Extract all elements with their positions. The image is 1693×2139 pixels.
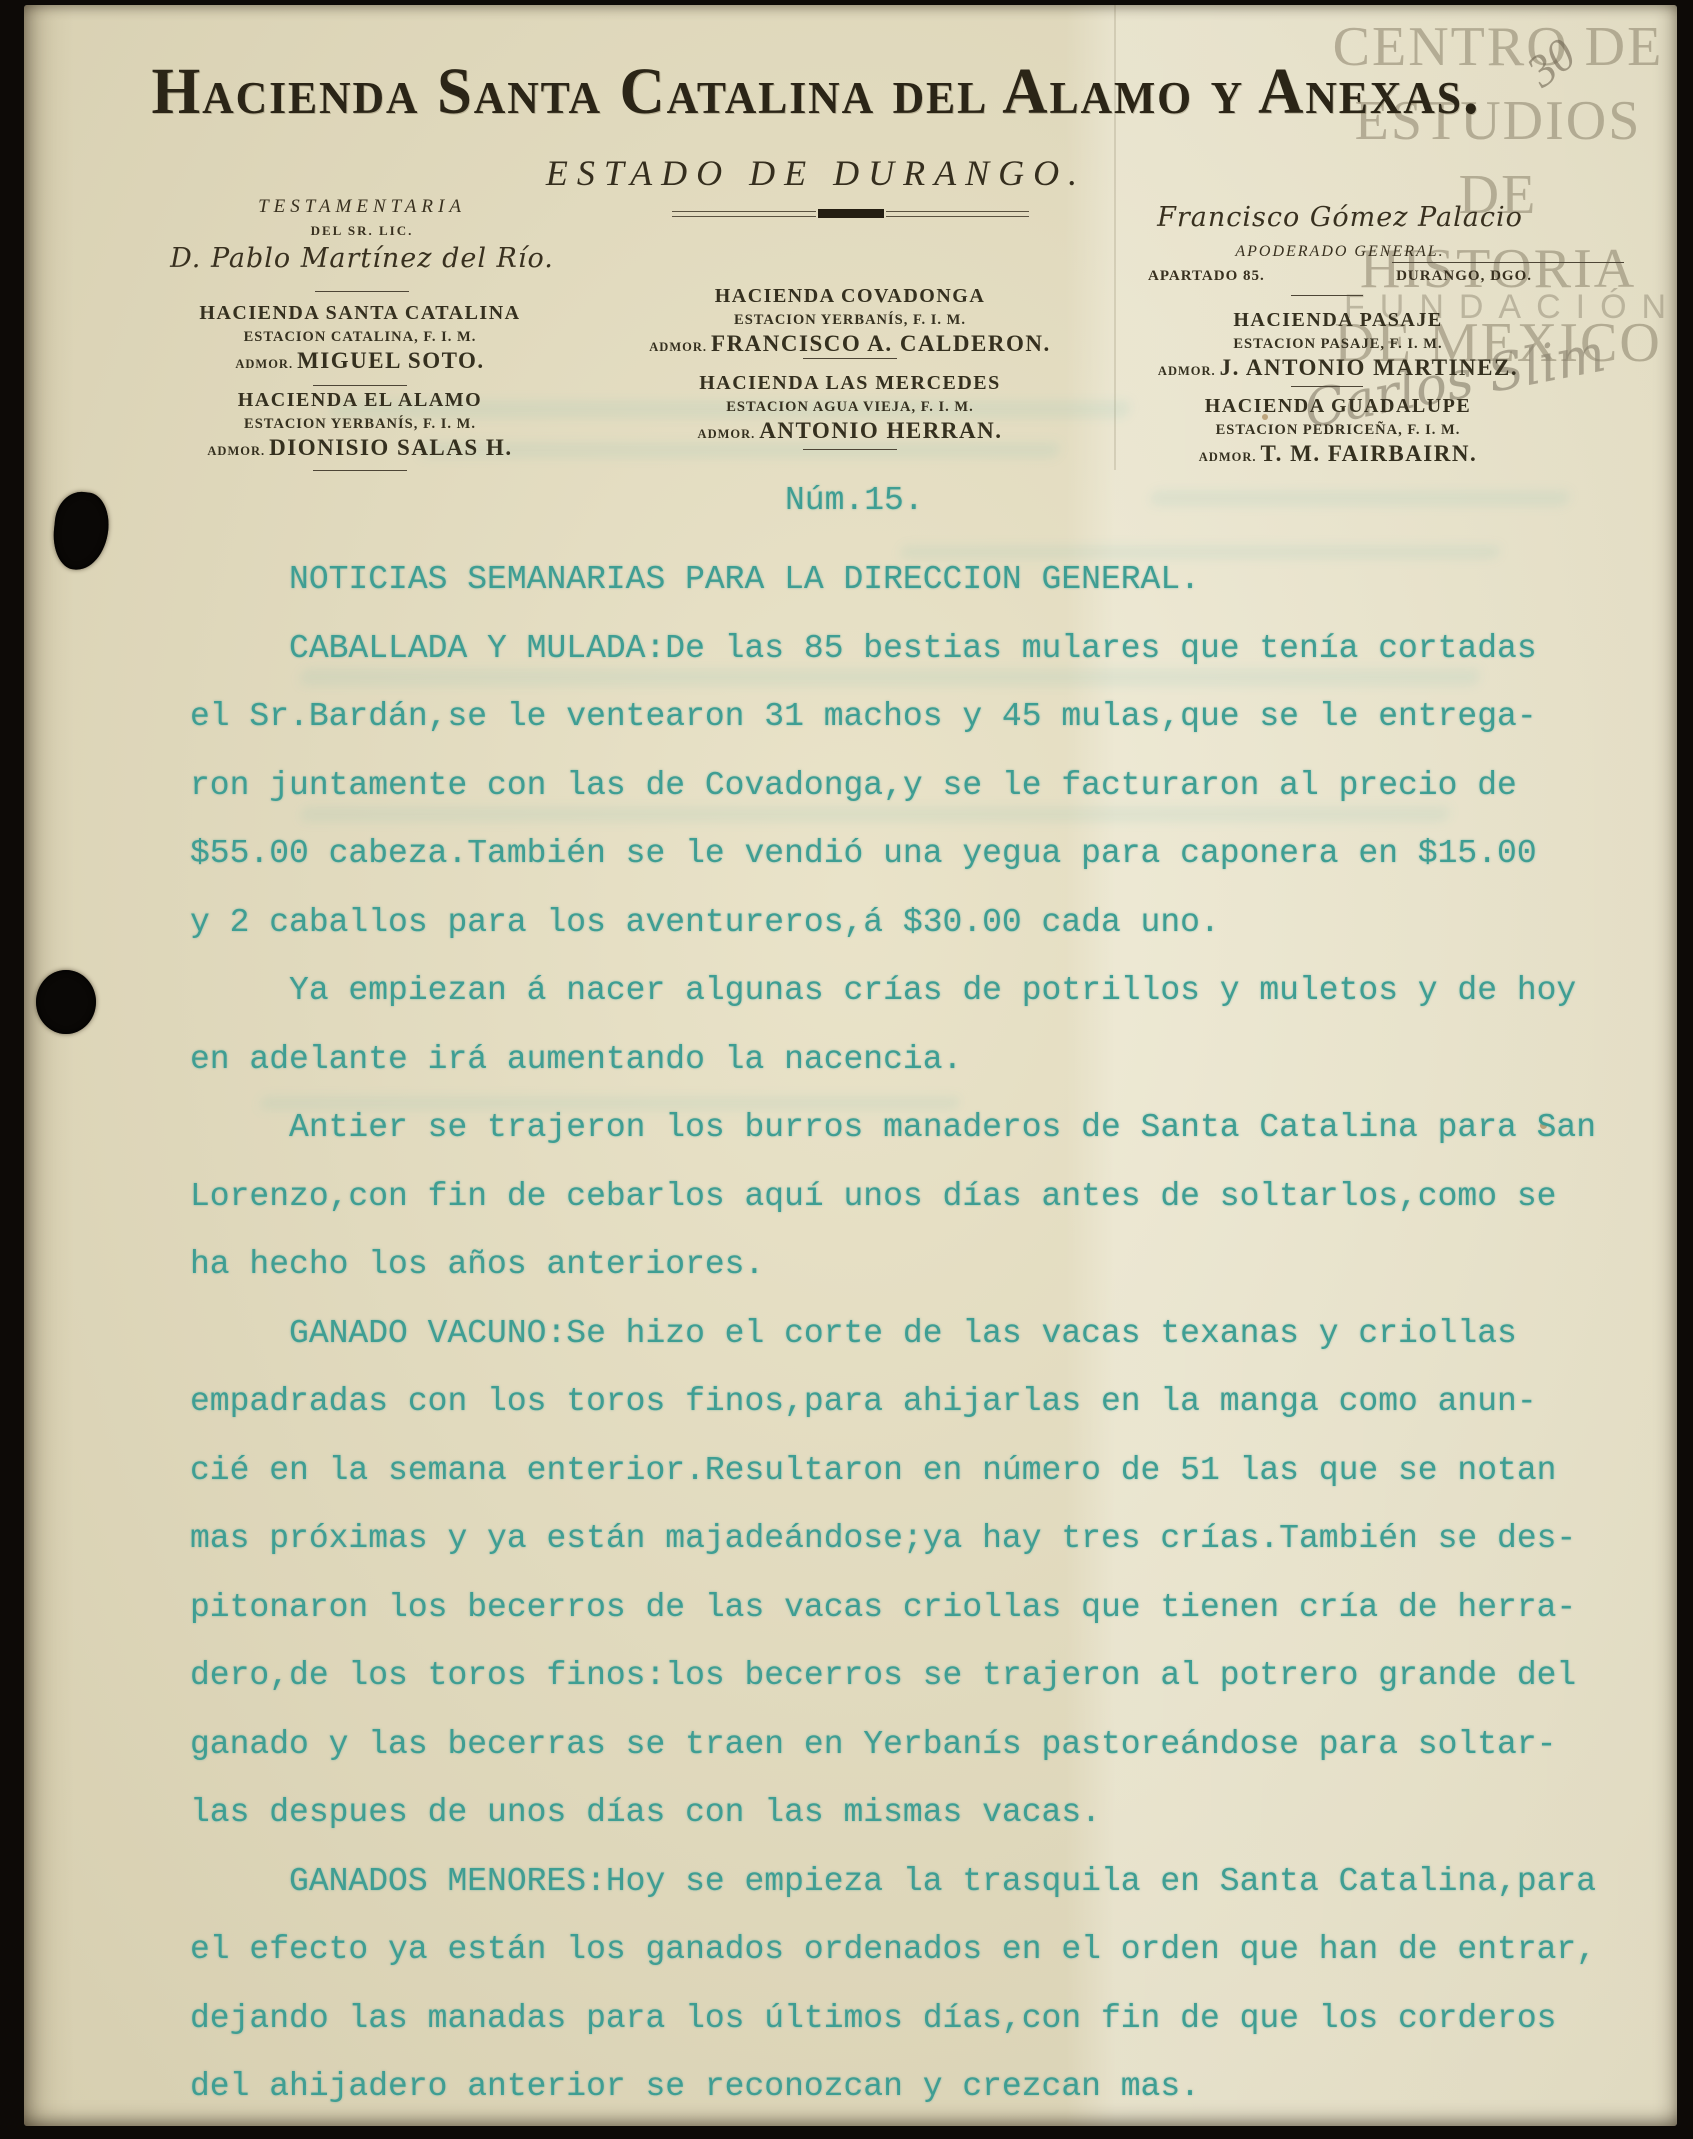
script-name-pablo-martinez: D. Pablo Martínez del Río. [152, 243, 572, 274]
admor-name: DIONISIO SALAS H. [269, 435, 512, 460]
hacienda-block-covadonga: HACIENDA COVADONGA ESTACION YERBANÍS, F.… [640, 285, 1060, 360]
hacienda-name: HACIENDA SANTA CATALINA [150, 302, 570, 324]
hacienda-station: ESTACION PEDRICEÑA, F. I. M. [1128, 422, 1548, 438]
admor-label: ADMOR. [1199, 450, 1257, 464]
ornament-wing [672, 211, 816, 217]
ornament-rule [672, 209, 1029, 218]
punch-hole [36, 970, 96, 1034]
agent-address-row: APARTADO 85. DURANGO, DGO. [1120, 268, 1560, 285]
hacienda-block-las-mercedes: HACIENDA LAS MERCEDES ESTACION AGUA VIEJ… [640, 372, 1060, 447]
letterhead-subtitle: ESTADO DE DURANGO. [66, 152, 1566, 194]
admor-label: ADMOR. [235, 357, 293, 371]
hacienda-admor-line: ADMOR. ANTONIO HERRAN. [640, 418, 1060, 447]
hacienda-station: ESTACION CATALINA, F. I. M. [150, 329, 570, 345]
admor-name: J. ANTONIO MARTINEZ. [1220, 355, 1518, 380]
admor-name: MIGUEL SOTO. [297, 348, 485, 373]
admor-label: ADMOR. [207, 444, 265, 458]
ghost-bleed [1149, 490, 1571, 506]
scanned-letter-page: CENTRO DE ESTUDIOS DE HISTORIA DE MEXICO… [0, 0, 1693, 2139]
hacienda-station: ESTACION PASAJE, F. I. M. [1128, 336, 1548, 352]
admor-name: ANTONIO HERRAN. [759, 418, 1002, 443]
hacienda-station: ESTACION YERBANÍS, F. I. M. [640, 312, 1060, 328]
admor-label: ADMOR. [1158, 364, 1216, 378]
divider [313, 385, 407, 386]
testamentaria-subheading: DEL SR. LIC. [152, 223, 572, 239]
hacienda-station: ESTACION AGUA VIEJA, F. I. M. [640, 399, 1060, 415]
letter-body: NOTICIAS SEMANARIAS PARA LA DIRECCION GE… [190, 546, 1596, 2122]
hacienda-block-el-alamo: HACIENDA EL ALAMO ESTACION YERBANÍS, F. … [150, 389, 570, 464]
agent-block: Francisco Gómez Palacio APODERADO GENERA… [1120, 198, 1560, 285]
divider [803, 358, 897, 359]
ornament-bar [818, 209, 884, 218]
agent-script-name: Francisco Gómez Palacio [1120, 202, 1560, 233]
hacienda-name: HACIENDA PASAJE [1128, 309, 1548, 331]
hacienda-admor-line: ADMOR. J. ANTONIO MARTINEZ. [1128, 355, 1548, 384]
hacienda-name: HACIENDA EL ALAMO [150, 389, 570, 411]
hacienda-admor-line: ADMOR. DIONISIO SALAS H. [150, 435, 570, 464]
agent-city: DURANGO, DGO. [1396, 268, 1532, 285]
hacienda-block-pasaje: HACIENDA PASAJE ESTACION PASAJE, F. I. M… [1128, 309, 1548, 384]
hacienda-name: HACIENDA GUADALUPE [1128, 395, 1548, 417]
divider [803, 449, 897, 450]
admor-label: ADMOR. [698, 427, 756, 441]
hacienda-name: HACIENDA COVADONGA [640, 285, 1060, 307]
hacienda-name: HACIENDA LAS MERCEDES [640, 372, 1060, 394]
hacienda-admor-line: ADMOR. MIGUEL SOTO. [150, 348, 570, 377]
divider [1291, 386, 1363, 387]
admor-name: T. M. FAIRBAIRN. [1261, 441, 1478, 466]
admor-label: ADMOR. [649, 340, 707, 354]
testamentaria-block: TESTAMENTARIA DEL SR. LIC. D. Pablo Mart… [152, 196, 572, 274]
divider [1291, 295, 1363, 296]
admor-name: FRANCISCO A. CALDERON. [711, 331, 1051, 356]
hacienda-station: ESTACION YERBANÍS, F. I. M. [150, 416, 570, 432]
hacienda-block-santa-catalina: HACIENDA SANTA CATALINA ESTACION CATALIN… [150, 302, 570, 377]
hacienda-admor-line: ADMOR. T. M. FAIRBAIRN. [1128, 441, 1548, 470]
agent-apartado: APARTADO 85. [1148, 268, 1265, 285]
divider [313, 470, 407, 471]
hacienda-block-guadalupe: HACIENDA GUADALUPE ESTACION PEDRICEÑA, F… [1128, 395, 1548, 470]
agent-role: APODERADO GENERAL. [1120, 243, 1560, 261]
divider [315, 291, 409, 292]
testamentaria-heading: TESTAMENTARIA [152, 196, 572, 218]
agent-role-underline [1392, 262, 1624, 263]
ornament-wing [886, 211, 1030, 217]
letterhead-title: Hacienda Santa Catalina del Alamo y Anex… [104, 54, 1529, 130]
letter-number: Núm.15. [785, 482, 924, 519]
hacienda-admor-line: ADMOR. FRANCISCO A. CALDERON. [640, 331, 1060, 360]
